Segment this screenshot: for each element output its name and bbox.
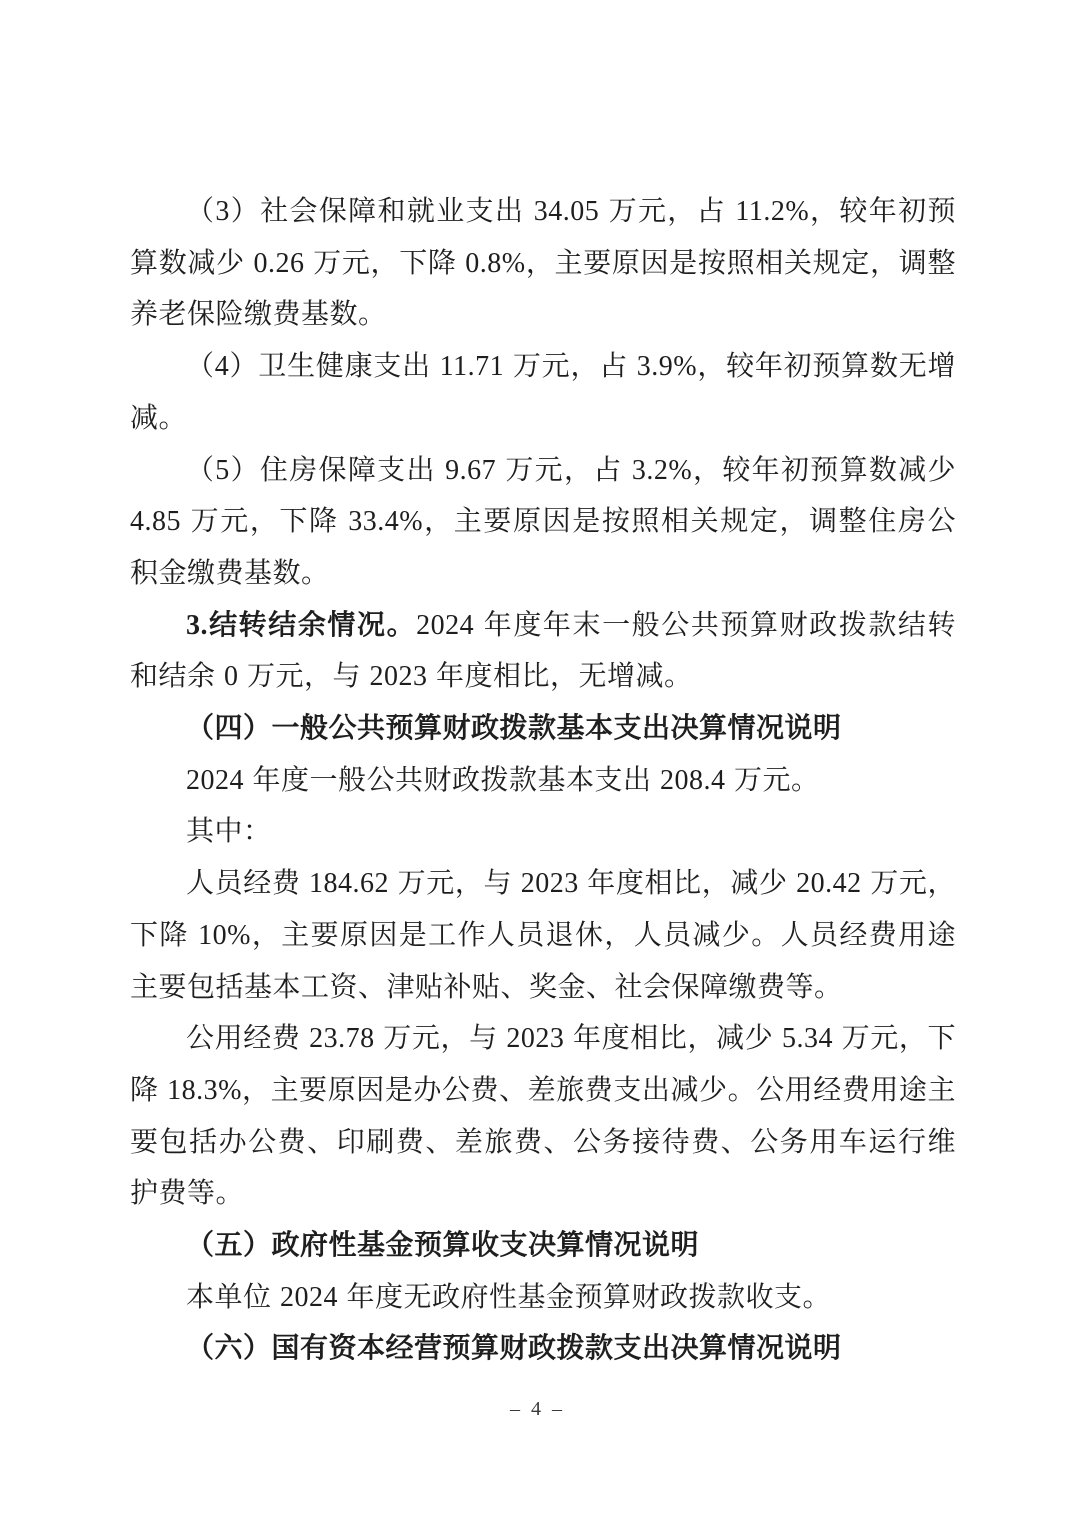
- paragraph-social-security-expense: （3）社会保障和就业支出 34.05 万元，占 11.2%，较年初预算数减少 0…: [130, 186, 956, 341]
- paragraph-no-government-fund: 本单位 2024 年度无政府性基金预算财政拨款收支。: [130, 1272, 956, 1324]
- paragraph-text: （3）社会保障和就业支出 34.05 万元，占 11.2%，较年初预算数减少 0…: [130, 196, 956, 330]
- paragraph-text: 人员经费 184.62 万元，与 2023 年度相比，减少 20.42 万元，下…: [130, 868, 956, 1002]
- paragraph-text: 2024 年度一般公共财政拨款基本支出 208.4 万元。: [186, 765, 820, 796]
- paragraph-text: 本单位 2024 年度无政府性基金预算财政拨款收支。: [186, 1282, 831, 1313]
- heading-section-five: （五）政府性基金预算收支决算情况说明: [130, 1220, 956, 1272]
- paragraph-text: （4）卫生健康支出 11.71 万元，占 3.9%，较年初预算数无增减。: [130, 351, 956, 434]
- heading-section-four: （四）一般公共预算财政拨款基本支出决算情况说明: [130, 703, 956, 755]
- heading-section-six: （六）国有资本经营预算财政拨款支出决算情况说明: [130, 1323, 956, 1375]
- paragraph-among-which: 其中：: [130, 806, 956, 858]
- paragraph-text: （5）住房保障支出 9.67 万元，占 3.2%，较年初预算数减少 4.85 万…: [130, 455, 956, 589]
- heading-bold-text: （四）一般公共预算财政拨款基本支出决算情况说明: [186, 713, 842, 744]
- page-footer: – 4 –: [0, 1398, 1075, 1421]
- paragraph-basic-expense-total: 2024 年度一般公共财政拨款基本支出 208.4 万元。: [130, 755, 956, 807]
- paragraph-text: 公用经费 23.78 万元，与 2023 年度相比，减少 5.34 万元，下降 …: [130, 1023, 956, 1209]
- paragraph-carryover-balance: 3.结转结余情况。2024 年度年末一般公共预算财政拨款结转和结余 0 万元，与…: [130, 600, 956, 703]
- heading-bold-text: （六）国有资本经营预算财政拨款支出决算情况说明: [186, 1333, 842, 1364]
- paragraph-health-expense: （4）卫生健康支出 11.71 万元，占 3.9%，较年初预算数无增减。: [130, 341, 956, 444]
- heading-bold-text: （五）政府性基金预算收支决算情况说明: [186, 1230, 699, 1261]
- paragraph-personnel-expense: 人员经费 184.62 万元，与 2023 年度相比，减少 20.42 万元，下…: [130, 858, 956, 1013]
- page-number: – 4 –: [510, 1398, 565, 1420]
- paragraph-text: 其中：: [186, 816, 272, 847]
- paragraph-public-expense: 公用经费 23.78 万元，与 2023 年度相比，减少 5.34 万元，下降 …: [130, 1013, 956, 1220]
- paragraph-housing-expense: （5）住房保障支出 9.67 万元，占 3.2%，较年初预算数减少 4.85 万…: [130, 445, 956, 600]
- paragraph-bold-lead: 3.结转结余情况。: [186, 610, 416, 641]
- document-body: （3）社会保障和就业支出 34.05 万元，占 11.2%，较年初预算数减少 0…: [130, 186, 956, 1375]
- document-page: （3）社会保障和就业支出 34.05 万元，占 11.2%，较年初预算数减少 0…: [0, 0, 1075, 1520]
